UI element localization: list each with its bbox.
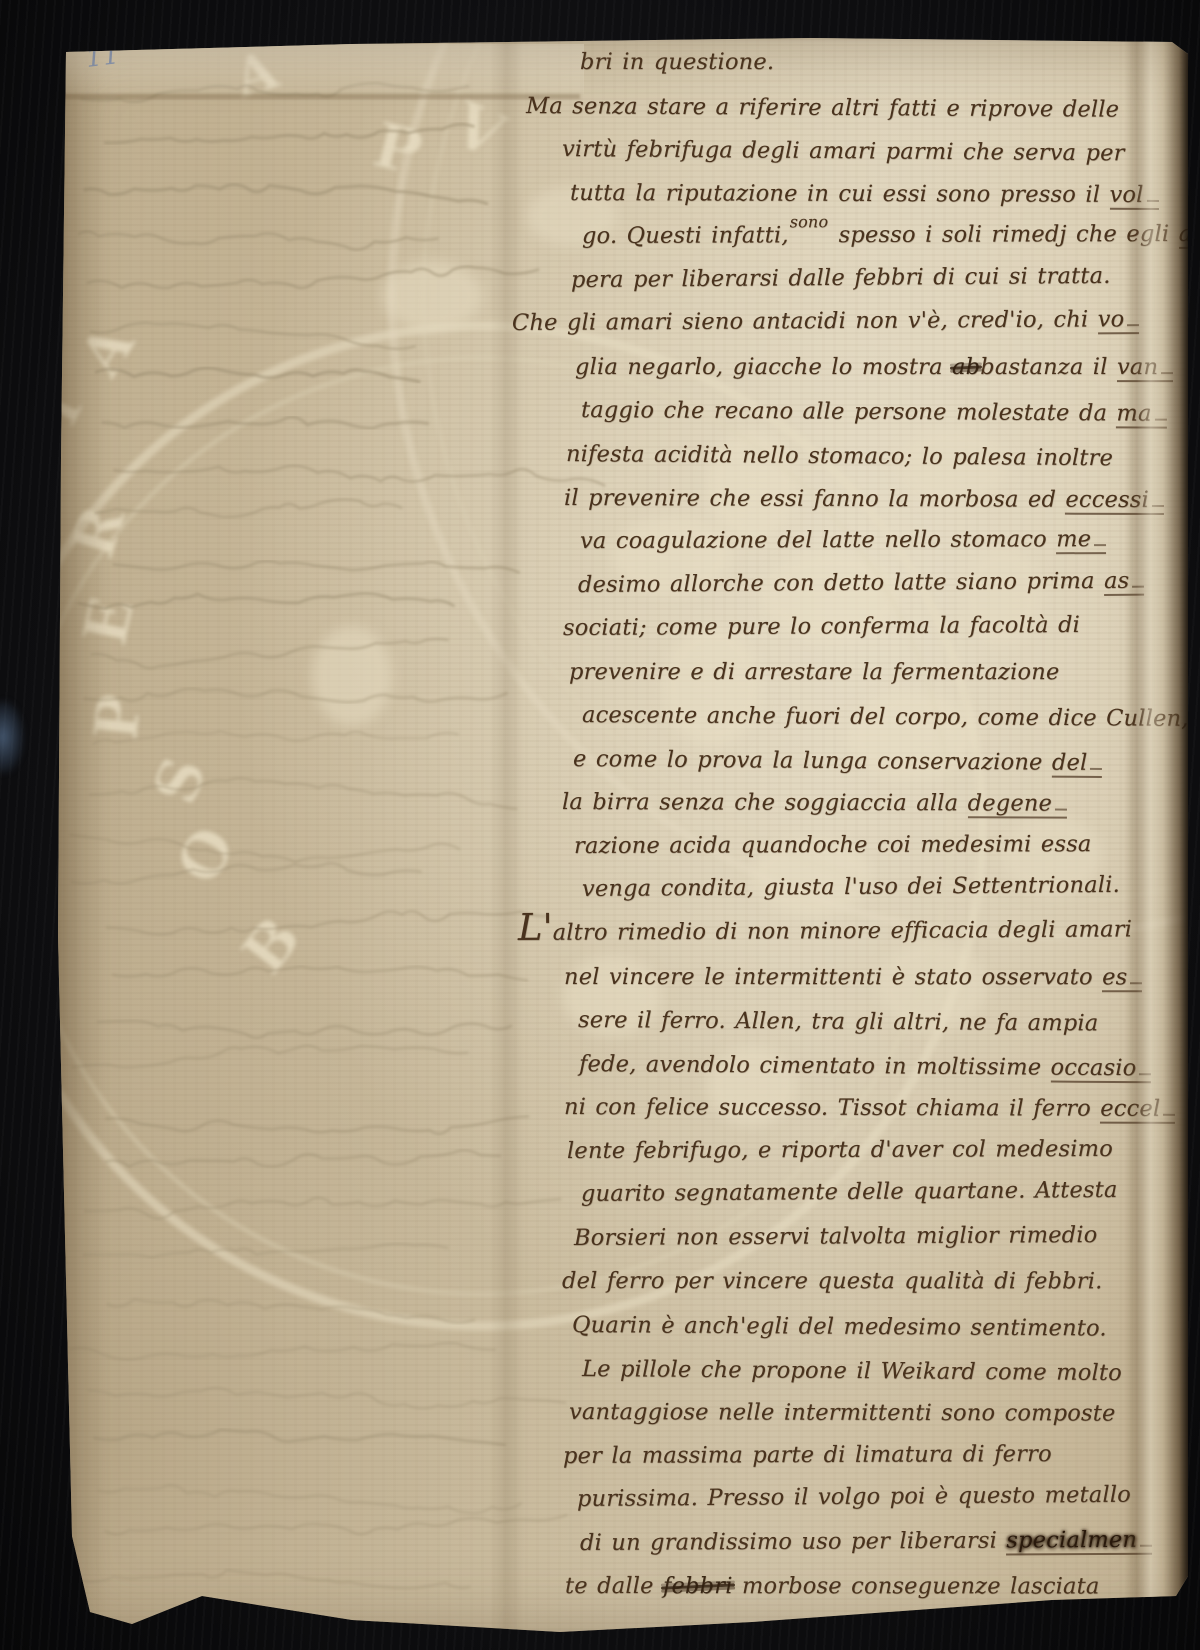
- text-line: nifesta acidità nello stomaco; lo palesa…: [566, 441, 1113, 471]
- text-line: la birra senza che soggiaccia alla degen…: [562, 789, 1067, 817]
- text-line: va coagulazione del latte nello stomaco …: [580, 526, 1106, 554]
- text-line: bri in questione.: [580, 49, 774, 75]
- ghost-text-row: [69, 1343, 496, 1359]
- ghost-text-row: [112, 967, 528, 981]
- ghost-text-row: [71, 863, 422, 883]
- text-line: Le pillole che propone il Weikard come m…: [582, 1356, 1122, 1386]
- ghost-text-row: [78, 593, 455, 608]
- ghost-text-row: [102, 417, 429, 428]
- page-fold-gutter: [1124, 36, 1188, 1636]
- ghost-text-row: [90, 323, 416, 349]
- text-line: e come lo prova la lunga conservazione d…: [573, 746, 1103, 776]
- text-line: lente febrifugo, e riporta d'aver col me…: [567, 1136, 1113, 1164]
- text-line: di un grandissimo uso per liberarsi spec…: [580, 1526, 1152, 1555]
- ghost-text-row: [104, 124, 475, 143]
- text-line: per la massima parte di limatura di ferr…: [563, 1441, 1052, 1469]
- text-line: Quarin è anch'egli del medesimo sentimen…: [572, 1312, 1107, 1341]
- ghost-text-row: [95, 499, 403, 517]
- text-line: acescente anche fuori del corpo, come di…: [582, 702, 1189, 732]
- ghost-text-row: [81, 1570, 470, 1588]
- text-line: go. Questi infatti,sono spesso i soli ri…: [582, 221, 1200, 249]
- ghost-text-row: [113, 466, 605, 486]
- ghost-text-row: [97, 1021, 512, 1038]
- ghost-text-row: [97, 1485, 521, 1513]
- text-line: Borsieri non esservi talvolta miglior ri…: [574, 1222, 1098, 1251]
- ghost-text-row: [70, 835, 460, 862]
- text-line: Che gli amari sieno antacidi non v'è, cr…: [512, 306, 1140, 336]
- text-line: del ferro per vincere questa qualità di …: [562, 1268, 1102, 1294]
- ghost-text-row: [82, 1244, 448, 1258]
- text-line: vantaggiose nelle intermittenti sono com…: [569, 1399, 1116, 1427]
- ghost-text-row: [106, 911, 548, 934]
- ghost-text-row: [71, 1046, 468, 1068]
- text-line: desimo allorche con detto latte siano pr…: [578, 567, 1145, 597]
- text-line: il prevenire che essi fanno la morbosa e…: [564, 485, 1164, 513]
- text-line: pera per liberarsi dalle febbri di cui s…: [571, 263, 1111, 293]
- text-line: virtù febrifuga degli amari parmi che se…: [562, 136, 1125, 166]
- ghost-text-row: [78, 232, 439, 250]
- text-line: L'altro rimedio di non minore efficacia …: [518, 916, 1132, 946]
- manuscript-page: APVTAREPSOB 11 bri in questione.Ma senza…: [52, 36, 1188, 1636]
- ghost-text-row: [84, 185, 488, 204]
- ghost-text-row: [89, 778, 517, 809]
- text-line: sociati; come pure lo conferma la facolt…: [563, 612, 1080, 641]
- ghost-text-row: [105, 1150, 501, 1166]
- ghost-text-row: [93, 731, 459, 744]
- text-line: razione acida quandoche coi medesimi ess…: [574, 831, 1092, 859]
- ghost-text-row: [93, 1430, 505, 1445]
- scan-artifact-streak: [0, 700, 24, 774]
- vertical-crease: [490, 36, 524, 1636]
- text-line: fede, avendolo cimentato in moltissime o…: [579, 1051, 1152, 1081]
- ghost-text-row: [87, 267, 539, 288]
- ghost-text-row: [91, 639, 449, 668]
- ghost-text-row: [107, 1299, 475, 1322]
- text-line: te dalle febbri morbose conseguenze lasc…: [565, 1573, 1100, 1599]
- ghost-text-row: [113, 561, 520, 573]
- text-line: guarito segnatamente delle quartane. Att…: [581, 1177, 1118, 1207]
- text-line: nel vincere le intermittenti è stato oss…: [564, 964, 1142, 990]
- text-line: Ma senza stare a riferire altri fatti e …: [526, 93, 1119, 123]
- text-line: taggio che recano alle persone molestate…: [581, 397, 1167, 427]
- ghost-text-row: [95, 368, 420, 382]
- ghost-text-row: [84, 689, 508, 702]
- text-line: tutta la riputazione in cui essi sono pr…: [570, 180, 1159, 208]
- text-line: ni con felice successo. Tissot chiama il…: [564, 1094, 1175, 1122]
- text-line: sere il ferro. Allen, tra gli altri, ne …: [578, 1007, 1099, 1036]
- text-line: purissima. Presso il volgo poi è questo …: [577, 1482, 1131, 1512]
- ghost-text-row: [105, 1116, 529, 1133]
- text-line: prevenire e di arrestare la fermentazion…: [569, 659, 1059, 685]
- text-line: venga condita, giusta l'uso dei Settentr…: [582, 872, 1120, 902]
- text-line: glia negarlo, giacche lo mostra abbastan…: [575, 354, 1173, 380]
